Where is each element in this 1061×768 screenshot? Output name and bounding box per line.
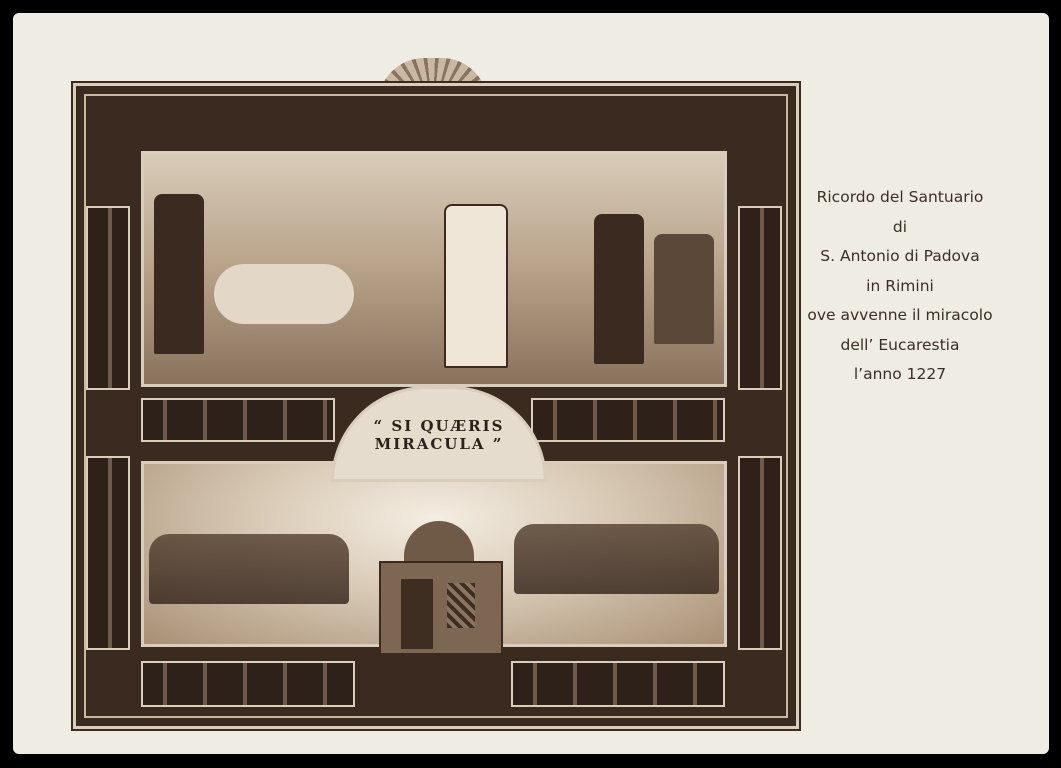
lily-ornament-band-side-left [86,206,130,390]
tempietto-chapel [359,501,519,661]
crowd-figures [654,234,714,344]
lily-ornament-band-side-left-lower [86,456,130,650]
motto-text: “ SI QUÆRIS MIRACULA ” [334,417,544,453]
chapel-door [401,579,433,649]
lily-ornament-band-right [531,398,725,442]
lily-ornament-band-side-right-lower [738,456,782,650]
saint-anthony-figure [444,204,508,368]
postcard-caption: Ricordo del Santuario di S. Antonio di P… [795,183,1005,390]
chapel-lattice-window [447,583,475,628]
caption-line: Ricordo del Santuario [795,183,1005,213]
lily-ornament-band-bottom-right [511,661,725,707]
townsman-figure [594,214,644,364]
lily-ornament-band-left [141,398,335,442]
chapel-body [379,561,503,655]
caption-line: ove avvenne il miracolo [795,301,1005,331]
ornamental-frame: “ SI QUÆRIS MIRACULA ” [73,83,799,729]
kneeling-mule [214,264,354,324]
chapel-dome [404,521,474,566]
miracle-scene-illustration [141,151,727,387]
kneeling-friars-left [149,534,349,604]
caption-line: di [795,213,1005,243]
caption-line: dell’ Eucarestia [795,331,1005,361]
caption-line: l’anno 1227 [795,360,1005,390]
lily-ornament-band-side-right [738,206,782,390]
nobleman-figure [154,194,204,354]
lily-ornament-band-bottom-left [141,661,355,707]
caption-line: in Rimini [795,272,1005,302]
kneeling-friars-right [514,524,719,594]
caption-line: S. Antonio di Padova [795,242,1005,272]
